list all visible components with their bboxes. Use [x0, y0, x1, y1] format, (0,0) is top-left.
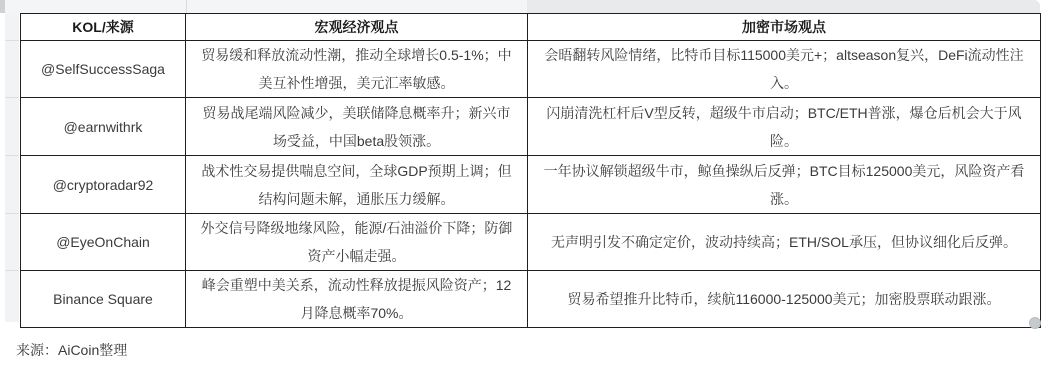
cell-macro: 外交信号降级地缘风险，能源/石油溢价下降；防御资产小幅走强。 [186, 214, 528, 271]
cell-crypto: 会晤翻转风险情绪，比特币目标115000美元+；altseason复兴，DeFi… [528, 41, 1041, 98]
cell-source: @earnwithrk [21, 98, 186, 156]
gutter-gridline [5, 213, 19, 214]
header-row: KOL/来源 宏观经济观点 加密市场观点 [21, 14, 1041, 41]
sheet-canvas: KOL/来源 宏观经济观点 加密市场观点 @SelfSuccessSaga 贸易… [0, 0, 1048, 369]
table-resize-handle[interactable] [1029, 317, 1041, 329]
gutter-gridline [5, 97, 19, 98]
header-cell-source: KOL/来源 [21, 14, 186, 41]
gutter-gridline [5, 270, 19, 271]
cell-source: @EyeOnChain [21, 214, 186, 271]
cell-macro: 战术性交易提供喘息空间，全球GDP预期上调；但结构问题未解，通胀压力缓解。 [186, 156, 528, 214]
source-note: 来源：AiCoin整理 [16, 340, 127, 360]
cell-macro: 贸易战尾端风险减少，美联储降息概率升；新兴市场受益，中国beta股领涨。 [186, 98, 528, 156]
cell-source: @cryptoradar92 [21, 156, 186, 214]
header-cell-crypto: 加密市场观点 [528, 14, 1041, 41]
cell-macro: 峰会重塑中美关系，流动性释放提振风险资产；12月降息概率70%。 [186, 271, 528, 328]
cell-source: @SelfSuccessSaga [21, 41, 186, 98]
header-cell-macro: 宏观经济观点 [186, 14, 528, 41]
cell-crypto: 一年协议解锁超级牛市，鲸鱼操纵后反弹；BTC目标125000美元，风险资产看涨。 [528, 156, 1041, 214]
table-row: @EyeOnChain 外交信号降级地缘风险，能源/石油溢价下降；防御资产小幅走… [21, 214, 1041, 271]
gutter-gridline [5, 155, 19, 156]
top-gutter-gridline [186, 0, 187, 13]
left-gutter [5, 13, 19, 322]
cell-crypto: 贸易希望推升比特币，续航116000-125000美元；加密股票联动跟涨。 [528, 271, 1041, 328]
cell-crypto: 无声明引发不确定定价，波动持续高；ETH/SOL承压，但协议细化后反弹。 [528, 214, 1041, 271]
top-gutter-right [527, 0, 1040, 13]
table-row: @SelfSuccessSaga 贸易缓和释放流动性潮，推动全球增长0.5-1%… [21, 41, 1041, 98]
cell-macro: 贸易缓和释放流动性潮，推动全球增长0.5-1%；中美互补性增强，美元汇率敏感。 [186, 41, 528, 98]
cell-source: Binance Square [21, 271, 186, 328]
cell-crypto: 闪崩清洗杠杆后V型反转，超级牛市启动；BTC/ETH普涨，爆仓后机会大于风险。 [528, 98, 1041, 156]
table-row: @earnwithrk 贸易战尾端风险减少，美联储降息概率升；新兴市场受益，中国… [21, 98, 1041, 156]
top-gutter-left [5, 0, 527, 13]
table-row: @cryptoradar92 战术性交易提供喘息空间，全球GDP预期上调；但结构… [21, 156, 1041, 214]
gutter-gridline [5, 40, 19, 41]
kol-opinions-table: KOL/来源 宏观经济观点 加密市场观点 @SelfSuccessSaga 贸易… [20, 13, 1041, 328]
table-row: Binance Square 峰会重塑中美关系，流动性释放提振风险资产；12月降… [21, 271, 1041, 328]
